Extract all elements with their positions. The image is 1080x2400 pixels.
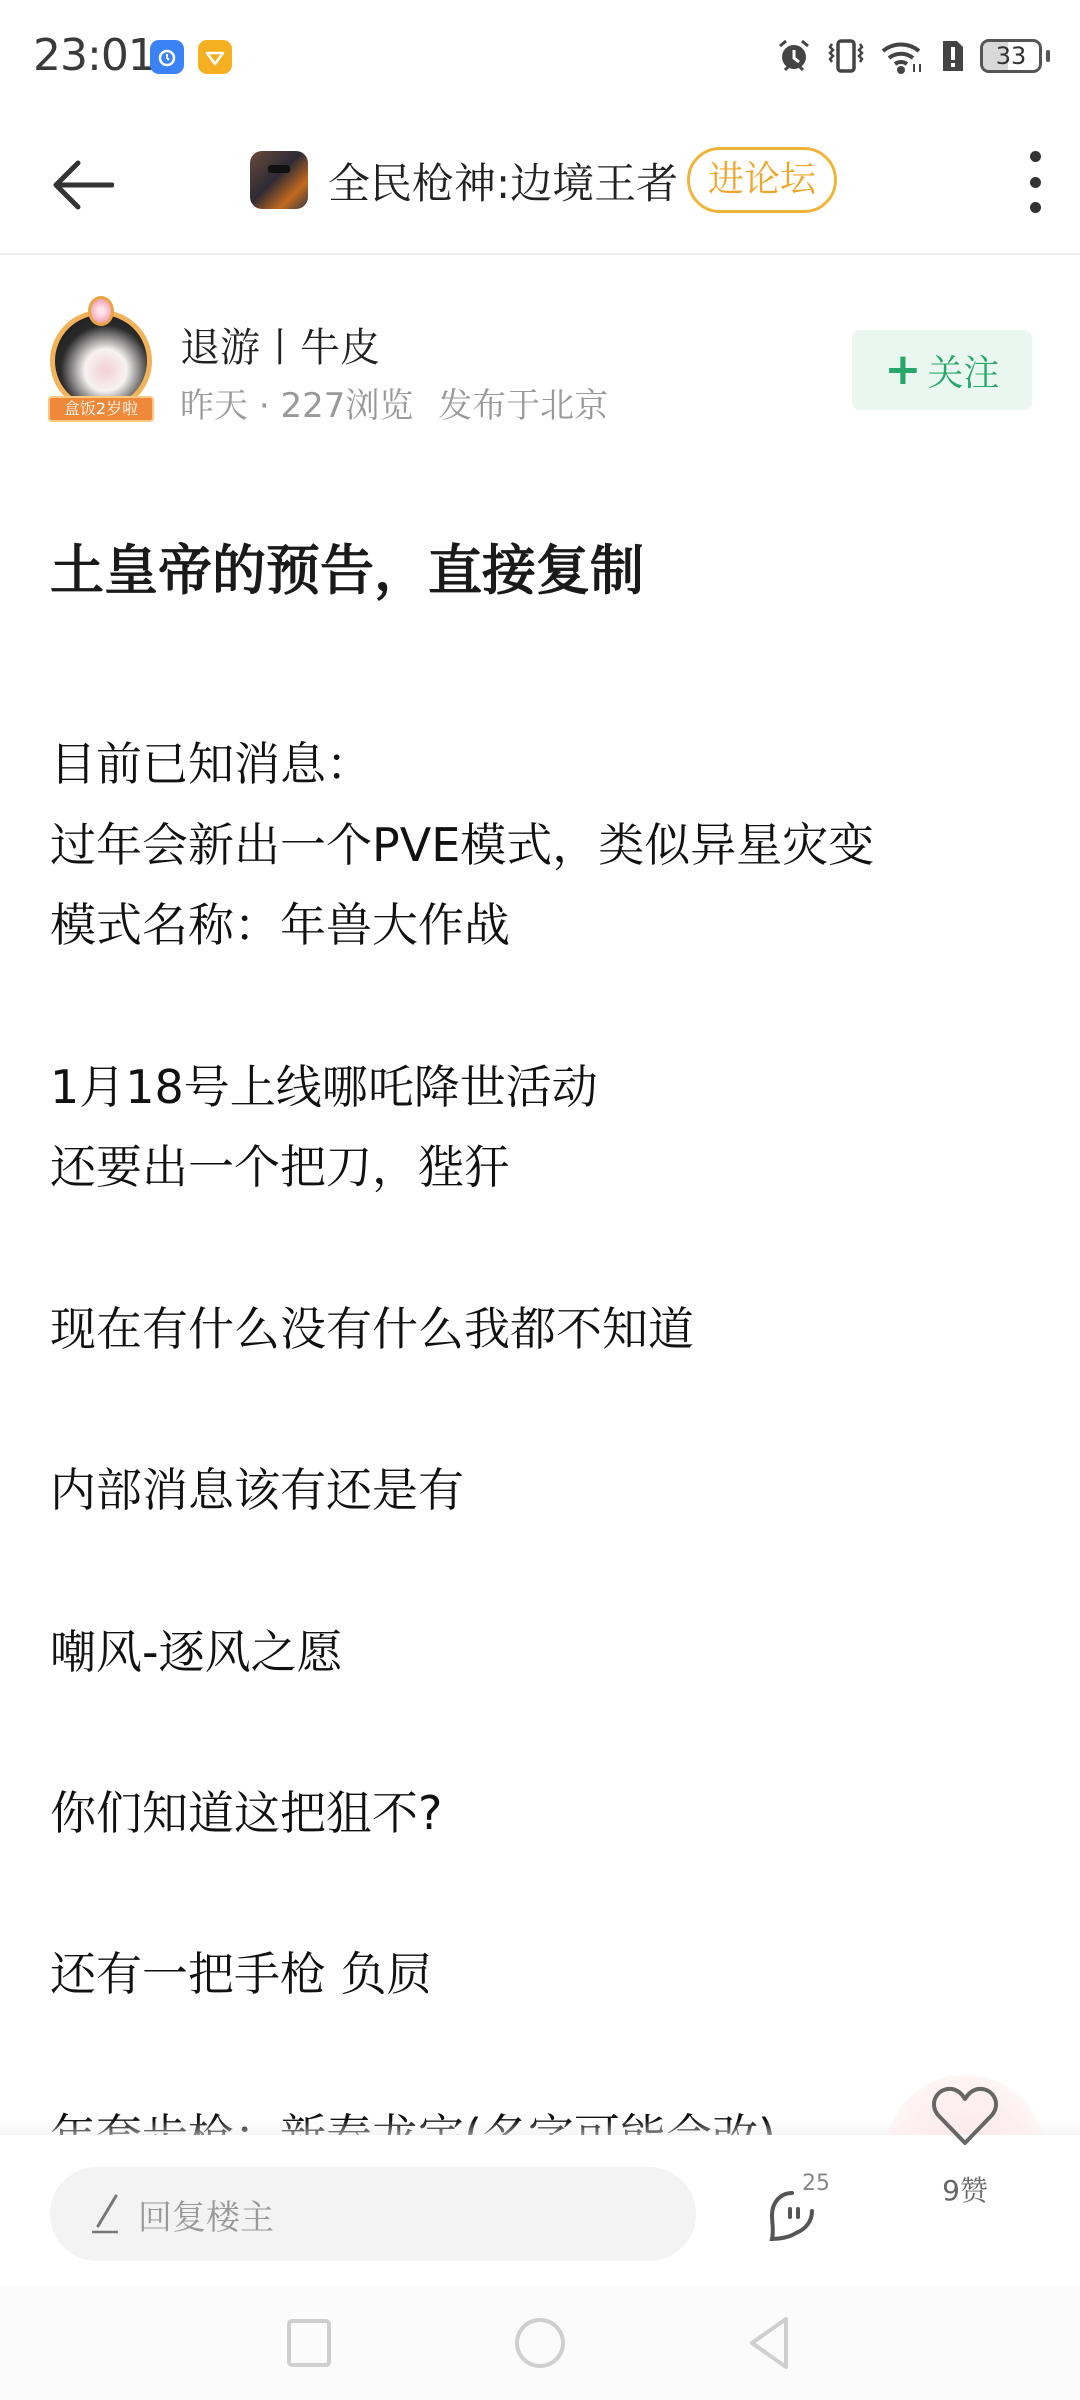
post-line: 现在有什么没有什么我都不知道 bbox=[50, 1289, 1040, 1370]
post-line bbox=[50, 966, 1040, 1047]
avatar-frame-gem bbox=[88, 296, 114, 326]
comment-count-badge: 25 bbox=[800, 2171, 832, 2196]
more-dot bbox=[1030, 177, 1041, 188]
avatar[interactable]: 盒饭2岁啦 bbox=[42, 288, 160, 426]
post-time: 昨天 bbox=[180, 386, 248, 426]
post-line bbox=[50, 1208, 1040, 1289]
square-icon bbox=[280, 2313, 340, 2373]
arrow-left-icon bbox=[48, 155, 114, 215]
battery-tip bbox=[1046, 50, 1050, 62]
circle-icon bbox=[510, 2313, 570, 2373]
post-line: 1月18号上线哪吒降世活动 bbox=[50, 1047, 1040, 1128]
battery-icon: 33 bbox=[980, 39, 1042, 73]
gem-app-icon bbox=[198, 40, 232, 74]
author-name[interactable]: 退游丨牛皮 bbox=[180, 316, 380, 373]
post-line bbox=[50, 1692, 1040, 1773]
post-line: 还有一把手枪 负屃 bbox=[50, 1934, 1040, 2015]
post-line: 还要出一个把刀，狴犴 bbox=[50, 1127, 1040, 1208]
meta-separator: · bbox=[259, 386, 270, 426]
reply-placeholder: 回复楼主 bbox=[138, 2190, 274, 2239]
post-meta: 昨天 · 227浏览 发布于北京 bbox=[180, 378, 608, 427]
post-title: 土皇帝的预告，直接复制 bbox=[50, 528, 644, 605]
post-line: 目前已知消息： bbox=[50, 724, 1040, 805]
enter-forum-button[interactable]: 进论坛 bbox=[687, 147, 837, 213]
alarm-app-icon bbox=[150, 40, 184, 74]
more-vertical-icon bbox=[1030, 151, 1041, 162]
post-line: 你们知道这把狙不? bbox=[50, 1773, 1040, 1854]
post-line: 内部消息该有还是有 bbox=[50, 1450, 1040, 1531]
reply-input[interactable]: 回复楼主 bbox=[50, 2167, 696, 2261]
post-line: 模式名称：年兽大作战 bbox=[50, 885, 1040, 966]
sim-alert-icon bbox=[940, 38, 966, 74]
heart-icon bbox=[930, 2085, 1000, 2147]
battery-level: 33 bbox=[996, 42, 1027, 70]
post-body: 目前已知消息： 过年会新出一个PVE模式，类似异星灾变 模式名称：年兽大作战 1… bbox=[50, 724, 1040, 2176]
vibrate-icon bbox=[826, 38, 866, 74]
more-dot bbox=[1030, 202, 1041, 213]
triangle-back-icon bbox=[740, 2313, 800, 2373]
post-line bbox=[50, 1854, 1040, 1935]
nav-back-button[interactable] bbox=[740, 2313, 800, 2373]
like-button[interactable]: 9赞 bbox=[920, 2085, 1010, 2255]
post-line: 嘲风-逐风之愿 bbox=[50, 1612, 1040, 1693]
follow-label: 关注 bbox=[927, 345, 999, 396]
recents-button[interactable] bbox=[280, 2313, 340, 2373]
post-line bbox=[50, 1370, 1040, 1451]
game-icon[interactable] bbox=[250, 151, 308, 209]
wifi-icon bbox=[880, 38, 926, 74]
post-location: 发布于北京 bbox=[438, 386, 608, 426]
alarm-icon bbox=[776, 38, 812, 74]
back-button[interactable] bbox=[48, 155, 114, 215]
status-time: 23:01 bbox=[33, 30, 155, 81]
post-line: 过年会新出一个PVE模式，类似异星灾变 bbox=[50, 805, 1040, 886]
post-line bbox=[50, 2015, 1040, 2096]
avatar-badge: 盒饭2岁啦 bbox=[48, 396, 154, 422]
pencil-icon bbox=[86, 2192, 130, 2236]
plus-icon: + bbox=[885, 348, 922, 392]
more-button[interactable] bbox=[1028, 151, 1042, 213]
system-nav-bar bbox=[0, 2285, 1080, 2400]
like-count: 9赞 bbox=[942, 2169, 988, 2209]
bottom-action-bar: 回复楼主 25 9赞 bbox=[0, 2135, 1080, 2285]
status-bar: 23:01 33 bbox=[0, 0, 1080, 115]
follow-button[interactable]: + 关注 bbox=[852, 330, 1032, 410]
home-button[interactable] bbox=[510, 2313, 570, 2373]
status-icons: 33 bbox=[776, 36, 1050, 76]
top-header: 全民枪神:边境王者 进论坛 bbox=[0, 115, 1080, 255]
view-count: 227浏览 bbox=[280, 386, 413, 426]
post-line bbox=[50, 1531, 1040, 1612]
game-title[interactable]: 全民枪神:边境王者 bbox=[328, 151, 678, 211]
